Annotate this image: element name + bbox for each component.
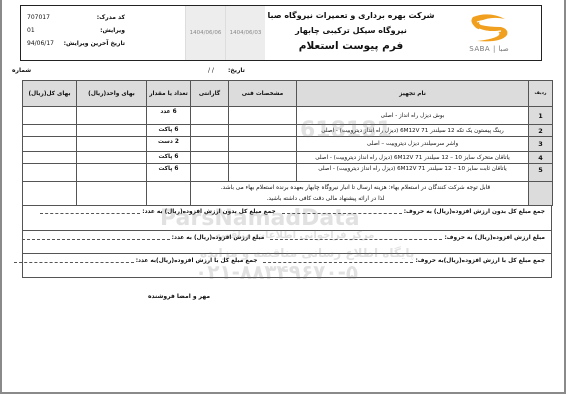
logo-caption: SABA | صبا bbox=[469, 45, 508, 53]
vat-words-label: مبلغ ارزش افزوده(ریال) به حروف: bbox=[444, 235, 545, 241]
total-price-cell[interactable] bbox=[23, 125, 77, 137]
date-value: / / bbox=[208, 67, 214, 74]
total-without-vat-digits-field[interactable] bbox=[40, 209, 140, 214]
col-specifications: مشخصات فنی bbox=[229, 81, 297, 107]
total-price-cell[interactable] bbox=[23, 107, 77, 125]
company-logo: SABA | صبا bbox=[437, 6, 541, 60]
unit-price-cell[interactable] bbox=[77, 164, 147, 182]
spec-cell[interactable] bbox=[229, 152, 297, 164]
vat-digits-field[interactable] bbox=[22, 235, 170, 240]
spec-cell[interactable] bbox=[229, 164, 297, 182]
total-price-cell[interactable] bbox=[23, 164, 77, 182]
plant-name: نیروگاه سیکل ترکیبی چابهار bbox=[265, 26, 437, 35]
table-header-row: ردیف نام تجهیز مشخصات فنی گارانتی تعداد … bbox=[23, 81, 553, 107]
date-cell-2: 1404/06/06 bbox=[185, 6, 225, 60]
spec-cell[interactable] bbox=[229, 137, 297, 152]
table-row: 5 یاتاقان ثابت سایز 10 – 12 سیلندر 6M12V… bbox=[23, 164, 553, 182]
col-total-price: بهای کل(ریال) bbox=[23, 81, 77, 107]
seller-signature-label: مهر و امضا فروشنده bbox=[148, 293, 210, 300]
document-info: 707017 کد مدرک: 01 ویرایش: 94/06/17 تاری… bbox=[21, 6, 181, 60]
unit-price-cell[interactable] bbox=[77, 107, 147, 125]
spec-cell[interactable] bbox=[229, 107, 297, 125]
total-with-vat-digits-field[interactable] bbox=[14, 258, 134, 263]
total-price-cell[interactable] bbox=[23, 152, 77, 164]
spec-cell[interactable] bbox=[229, 125, 297, 137]
vat-box: مبلغ ارزش افزوده(ریال) به حروف: مبلغ ارز… bbox=[22, 231, 552, 254]
col-row-number: ردیف bbox=[529, 81, 553, 107]
form-title: فرم پیوست استعلام bbox=[265, 40, 437, 52]
unit-price-cell[interactable] bbox=[77, 125, 147, 137]
note-row: قابل توجه شرکت کنندگان در استعلام بهاء: … bbox=[23, 182, 553, 206]
unit-price-cell[interactable] bbox=[77, 152, 147, 164]
col-quantity: تعداد یا مقدار bbox=[147, 81, 191, 107]
warranty-cell[interactable] bbox=[191, 125, 229, 137]
date-cell-1: 1404/06/03 bbox=[225, 6, 265, 60]
page-gutter bbox=[566, 0, 576, 396]
table-row: 1 بوش دیزل راه انداز - اصلی 6 عدد bbox=[23, 107, 553, 125]
total-with-vat-words-field[interactable] bbox=[263, 258, 413, 263]
unit-price-cell[interactable] bbox=[77, 137, 147, 152]
total-price-cell[interactable] bbox=[23, 137, 77, 152]
vat-words-field[interactable] bbox=[270, 235, 442, 240]
total-with-vat-box: جمع مبلغ کل با ارزش افزوده(ریال)به حروف:… bbox=[22, 254, 552, 278]
total-without-vat-box: جمع مبلغ کل بدون ارزش افزوده(ریال) به حر… bbox=[22, 205, 552, 231]
warranty-cell[interactable] bbox=[191, 164, 229, 182]
warranty-cell[interactable] bbox=[191, 137, 229, 152]
form-header: SABA | صبا شرکت بهره برداری و تعمیرات نی… bbox=[20, 5, 542, 61]
items-table: ردیف نام تجهیز مشخصات فنی گارانتی تعداد … bbox=[22, 80, 553, 206]
total-with-vat-digits-label: جمع مبلغ کل با ارزش افزوده(ریال)به عدد: bbox=[136, 258, 258, 264]
title-block: شرکت بهره برداری و تعمیرات نیروگاه صبا ن… bbox=[265, 6, 437, 60]
col-equipment-name: نام تجهیز bbox=[297, 81, 529, 107]
vat-digits-label: مبلغ ارزش افزوده(ریال) به عدد: bbox=[172, 235, 265, 241]
col-unit-price: بهای واحد(ریال) bbox=[77, 81, 147, 107]
saba-logo-icon bbox=[467, 13, 511, 43]
date-label: تاریخ: bbox=[228, 67, 245, 74]
company-name: شرکت بهره برداری و تعمیرات نیروگاه صبا bbox=[265, 11, 437, 20]
revision-row: 01 ویرایش: bbox=[27, 27, 175, 36]
warranty-cell[interactable] bbox=[191, 107, 229, 125]
shipping-note: قابل توجه شرکت کنندگان در استعلام بهاء: … bbox=[191, 182, 529, 206]
warranty-cell[interactable] bbox=[191, 152, 229, 164]
total-without-vat-digits-label: جمع مبلغ کل بدون ارزش افزوده(ریال) به عد… bbox=[142, 209, 275, 215]
table-row: 3 واشر سرسیلندر دیزل دیتروییت – اصلی 2 د… bbox=[23, 137, 553, 152]
total-without-vat-words-field[interactable] bbox=[282, 209, 402, 214]
total-with-vat-words-label: جمع مبلغ کل با ارزش افزوده(ریال)به حروف: bbox=[415, 258, 545, 264]
table-row: 2 رینگ پیستون یک تکه 12 سیلندر 6M12V 71 … bbox=[23, 125, 553, 137]
total-without-vat-words-label: جمع مبلغ کل بدون ارزش افزوده(ریال) به حر… bbox=[404, 209, 545, 215]
last-revision-date-row: 94/06/17 تاریخ آخرین ویرایش: bbox=[27, 40, 175, 49]
doc-code-row: 707017 کد مدرک: bbox=[27, 14, 175, 23]
table-row: 4 یاتاقان متحرک سایز 10 – 12 سیلندر 6M12… bbox=[23, 152, 553, 164]
col-warranty: گارانتی bbox=[191, 81, 229, 107]
number-label: شماره bbox=[12, 67, 31, 74]
